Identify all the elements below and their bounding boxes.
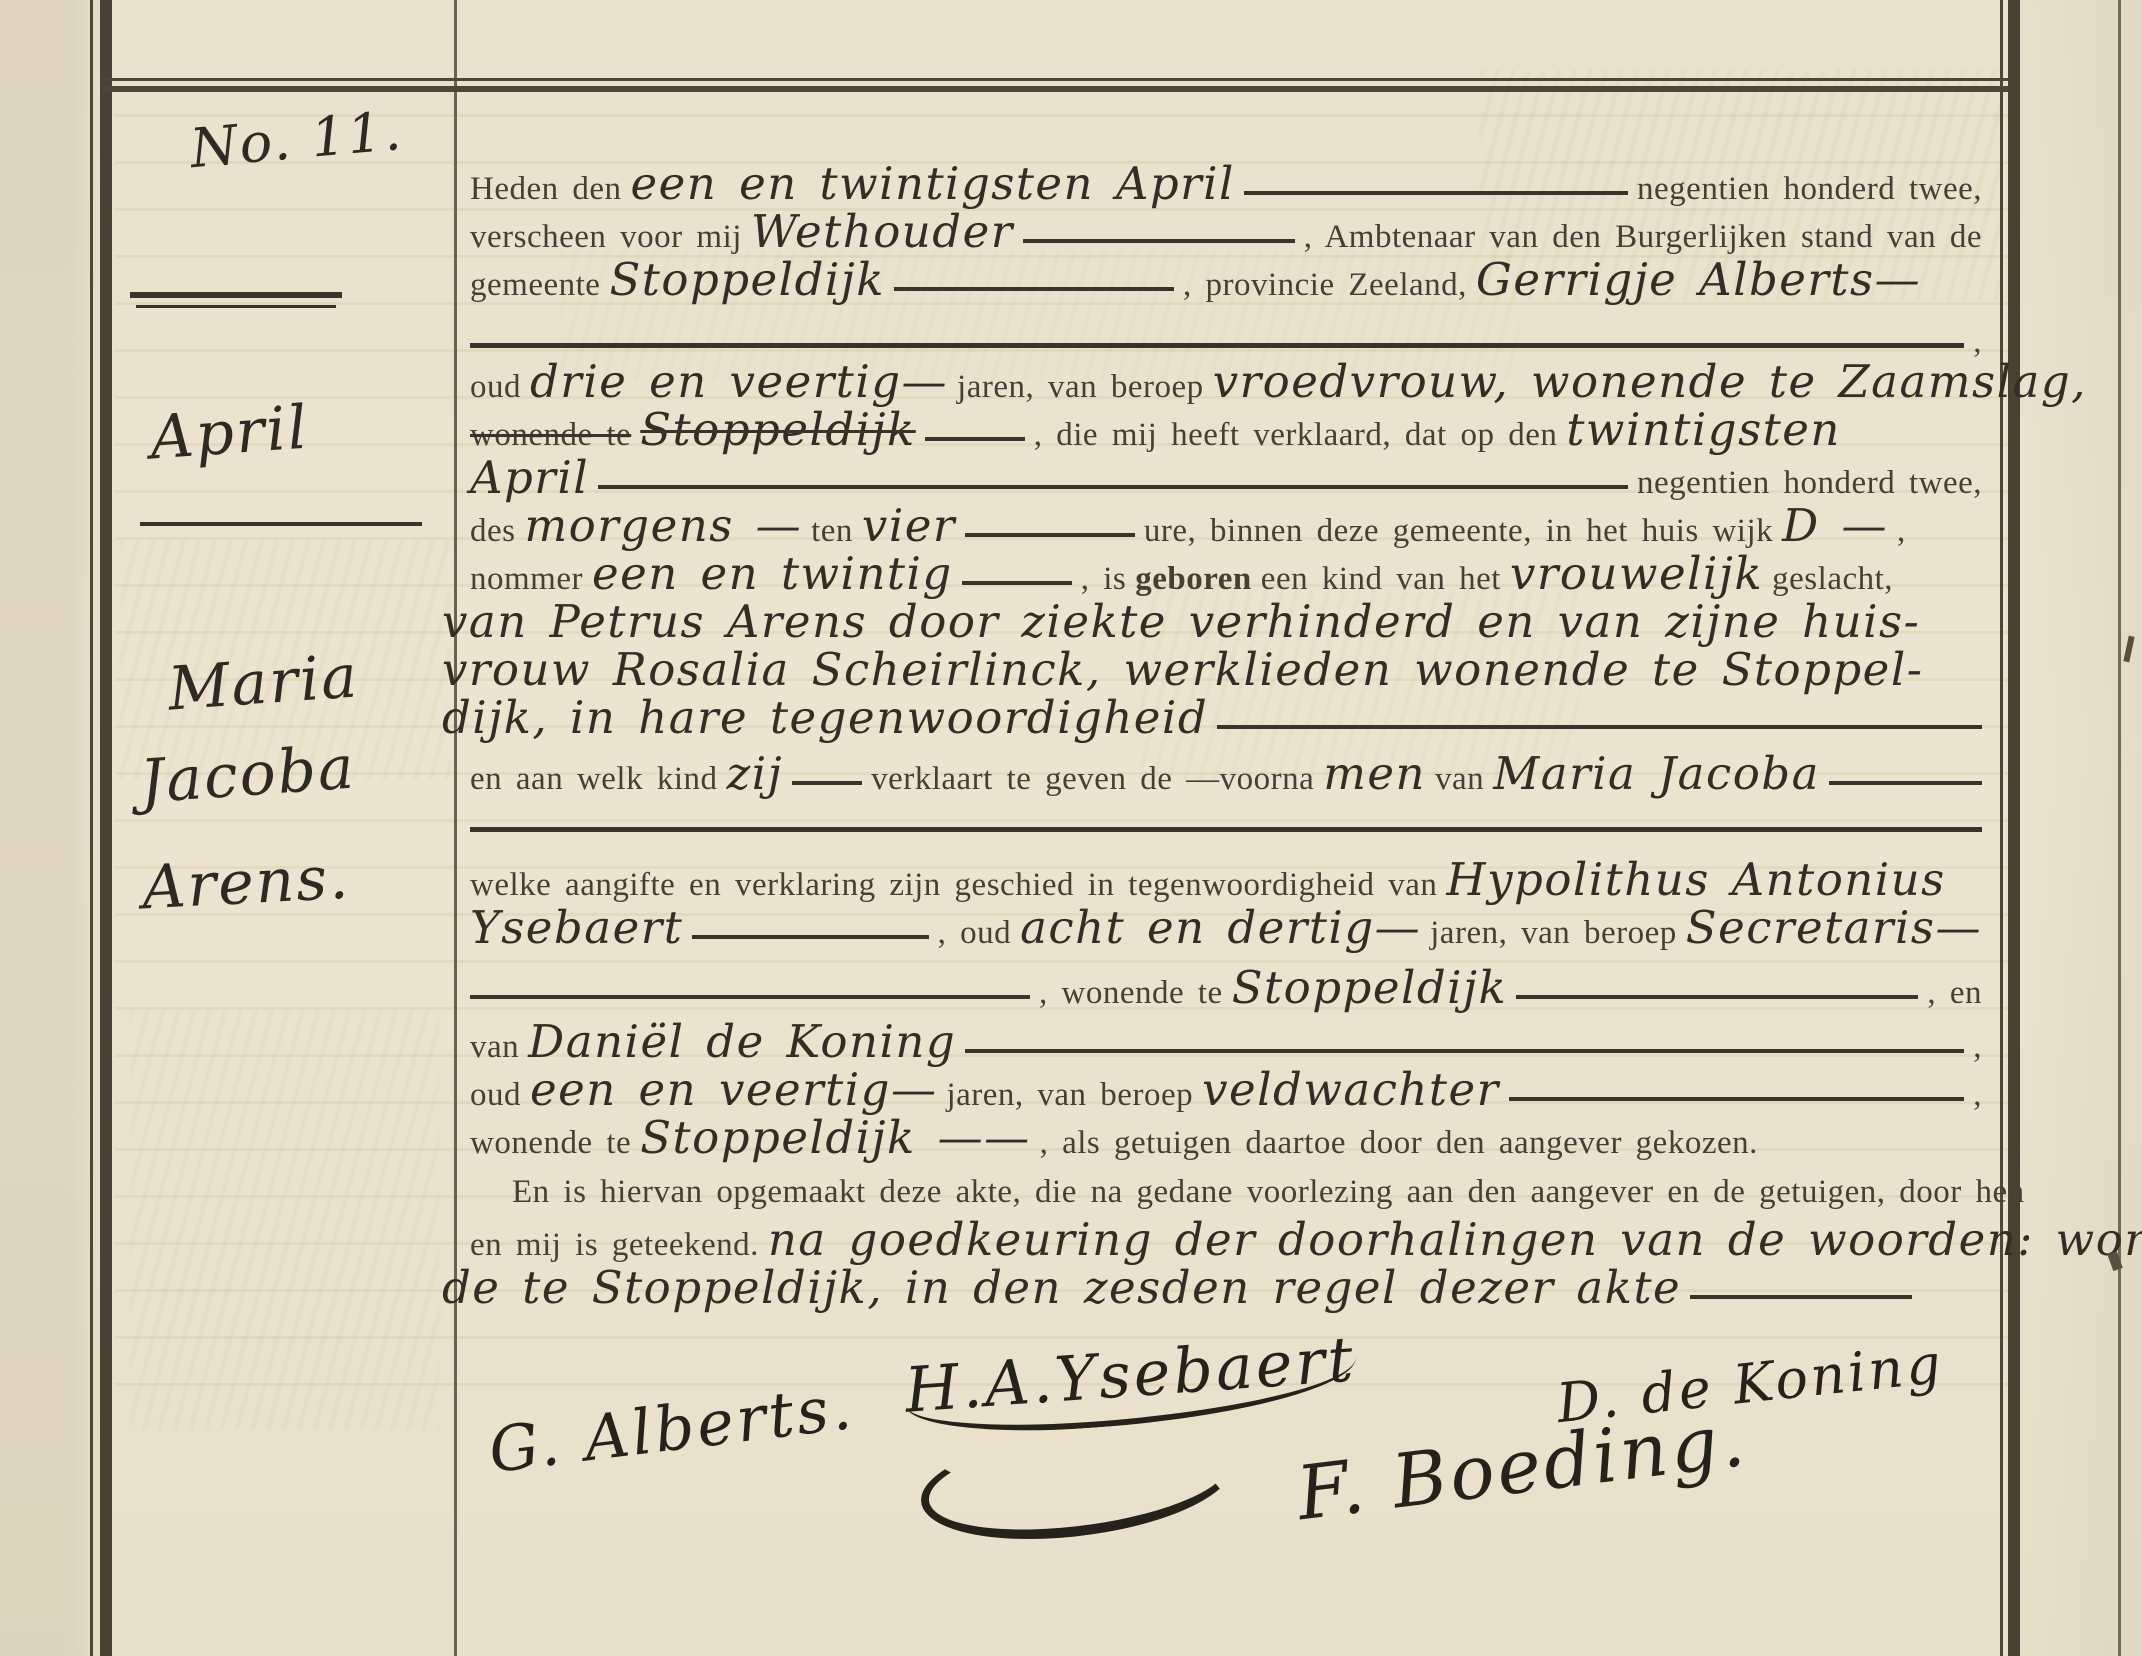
line-date: Heden deneen en twintigsten Aprilnegenti…: [470, 160, 1982, 208]
fill-rule: [1829, 781, 1982, 785]
page-border-right-thick: [2008, 0, 2020, 1656]
printed-text: ,: [1973, 1071, 1982, 1119]
handwritten-text: vrouwelijk: [1510, 550, 1763, 598]
line-witness2: vanDaniël de Koning,: [470, 1018, 1982, 1066]
table-top-rule-thin: [103, 78, 2008, 81]
line-birth-month: Aprilnegentien honderd twee,: [470, 454, 1982, 502]
printed-text: , wonende te: [1039, 969, 1223, 1017]
line-given-names: en aan welk kindzijverklaart te geven de…: [470, 750, 1982, 798]
printed-text: , provincie Zeeland,: [1183, 261, 1467, 309]
fill-rule: [965, 1049, 1964, 1053]
margin-rule: [140, 522, 422, 526]
line-house-number: nommereen en twintig, isgeboreneen kind …: [470, 550, 1982, 598]
printed-text: , die mij heeft verklaard, dat op den: [1034, 411, 1558, 459]
handwritten-text: veldwachter: [1202, 1066, 1500, 1114]
act-text-body: Heden deneen en twintigsten Aprilnegenti…: [470, 160, 1982, 1312]
printed-text: Heden den: [470, 165, 622, 213]
handwritten-text: zij: [727, 750, 784, 798]
printed-text: verklaart te geven de —voorna: [871, 755, 1314, 803]
handwritten-text: de te Stoppeldijk, in den zesden regel d…: [442, 1264, 1681, 1312]
line-gemeente: gemeenteStoppeldijk, provincie Zeeland,G…: [470, 256, 1982, 304]
ink-bleed-patch: [130, 1010, 440, 1430]
line-official: verscheen voor mijWethouder, Ambtenaar v…: [470, 208, 1982, 256]
printed-text: gemeente: [470, 261, 600, 309]
printed-text: jaren, van beroep: [957, 363, 1204, 411]
handwritten-text: van Petrus Arens door ziekte verhinderd …: [442, 598, 1920, 646]
handwritten-text: Wethouder: [751, 208, 1014, 256]
page-border-right-thin: [2000, 0, 2003, 1656]
handwritten-text: men: [1323, 750, 1426, 798]
handwritten-text: Stoppeldijk: [1232, 964, 1508, 1012]
adjacent-page-edge: [2118, 0, 2121, 1656]
child-name-line: Arens.: [140, 843, 351, 924]
line-age-profession: ouddrie en veertig—jaren, van beroepvroe…: [470, 358, 1982, 406]
printed-text: ,: [1897, 507, 1906, 555]
fill-rule: [1516, 995, 1918, 999]
handwritten-text: acht en dertig—: [1020, 904, 1421, 952]
line-rule: ,: [470, 318, 1982, 358]
printed-text: oud: [470, 363, 521, 411]
handwritten-text: Secretaris—: [1686, 904, 1982, 952]
fill-rule: [925, 437, 1025, 441]
child-name-line: Maria: [166, 641, 361, 724]
fill-rule: [1690, 1295, 1912, 1299]
act-number: No. 11.: [188, 99, 406, 180]
printed-text: , oud: [938, 909, 1012, 957]
printed-text: , als getuigen daartoe door den aangever…: [1040, 1119, 1758, 1167]
handwritten-text: vroedvrouw, wonende te Zaamslag,: [1213, 358, 2087, 406]
birth-certificate-page: No. 11. April Maria Jacoba Arens. Heden …: [0, 0, 2142, 1656]
handwritten-text: Ysebaert: [470, 904, 683, 952]
ink-speck: [2123, 636, 2134, 663]
printed-text: negentien honderd twee,: [1637, 165, 1982, 213]
fill-rule: [962, 581, 1072, 585]
printed-text: en aan welk kind: [470, 755, 718, 803]
margin-column-divider: [454, 0, 457, 1656]
printed-text: wonende te: [470, 1119, 631, 1167]
handwritten-text: Maria Jacoba: [1493, 750, 1820, 798]
handwritten-text: Hypolithus Antonius: [1446, 856, 1945, 904]
line-witness1-residence: , wonende teStoppeldijk, en: [470, 964, 1982, 1012]
handwritten-text: Stoppeldijk ——: [640, 1114, 1030, 1162]
printed-text: van: [1435, 755, 1484, 803]
signature-declarant: G. Alberts.: [485, 1370, 858, 1487]
line-strong-rule: [470, 808, 1982, 840]
handwritten-text: April: [470, 454, 589, 502]
fill-rule: [1217, 725, 1982, 729]
fill-rule: [792, 781, 862, 785]
handwritten-text: morgens —: [525, 502, 803, 550]
line-mother: vrouw Rosalia Scheirlinck, werklieden wo…: [442, 646, 1982, 694]
handwritten-text: Stoppeldijk: [609, 256, 885, 304]
printed-text: oud: [470, 1071, 521, 1119]
fill-rule: [598, 485, 1628, 489]
handwritten-text: drie en veertig—: [530, 358, 948, 406]
margin-rule: [130, 292, 342, 298]
line-witness1: Ysebaert, oudacht en dertig—jaren, van b…: [470, 904, 1982, 952]
fill-rule: [470, 827, 1982, 832]
line-witness-intro: welke aangifte en verklaring zijn geschi…: [470, 856, 1982, 904]
line-presence: dijk, in hare tegenwoordigheid: [442, 694, 1982, 742]
fill-rule: [470, 995, 1030, 999]
printed-text: , en: [1927, 969, 1982, 1017]
child-name-line: Jacoba: [138, 733, 358, 818]
printed-text: jaren, van beroep: [1430, 909, 1677, 957]
handwritten-text: een en twintig: [592, 550, 953, 598]
page-border-left-thin: [90, 0, 93, 1656]
fill-rule: [894, 287, 1174, 291]
handwritten-text: Gerrigje Alberts—: [1476, 256, 1921, 304]
fill-rule: [470, 343, 1964, 348]
handwritten-text: een en twintigsten April: [631, 160, 1235, 208]
signature-registrar: F. Boeding.: [1292, 1397, 1751, 1537]
fill-rule: [692, 935, 928, 939]
handwritten-text: vier: [862, 502, 956, 550]
table-top-rule-thick: [103, 86, 2008, 92]
printed-text: des: [470, 507, 516, 555]
line-closing1: En is hiervan opgemaakt deze akte, die n…: [470, 1168, 1982, 1216]
handwritten-text: een en veertig—: [530, 1066, 937, 1114]
line-closing2: en mij is geteekend.na goedkeuring der d…: [470, 1216, 1982, 1264]
handwritten-text-struck: Stoppeldijk: [640, 406, 916, 454]
printed-text: van: [470, 1023, 519, 1071]
line-closing3: de te Stoppeldijk, in den zesden regel d…: [442, 1264, 1982, 1312]
handwritten-text: dijk, in hare tegenwoordigheid: [442, 694, 1208, 742]
line-struck-residence: wonende teStoppeldijk, die mij heeft ver…: [470, 406, 1982, 454]
fill-rule: [965, 533, 1135, 537]
signature-flourish: [914, 1409, 1240, 1558]
line-witness2-residence: wonende teStoppeldijk ——, als getuigen d…: [470, 1114, 1982, 1162]
printed-text: En is hiervan opgemaakt deze akte, die n…: [512, 1168, 2025, 1216]
margin-rule: [136, 305, 336, 308]
handwritten-text: na goedkeuring der doorhalingen van de w…: [768, 1216, 2142, 1264]
line-witness2-age: oudeen en veertig—jaren, van beroepveldw…: [470, 1066, 1982, 1114]
handwritten-text: Daniël de Koning: [528, 1018, 956, 1066]
handwritten-text: vrouw Rosalia Scheirlinck, werklieden wo…: [442, 646, 1923, 694]
margin-month: April: [148, 393, 311, 474]
handwritten-text: D —: [1782, 502, 1888, 550]
handwritten-text: twintigsten: [1566, 406, 1841, 454]
line-father: van Petrus Arens door ziekte verhinderd …: [442, 598, 1982, 646]
page-border-left-thick: [100, 0, 112, 1656]
line-birth-time: desmorgens —tenvierure, binnen deze geme…: [470, 502, 1982, 550]
fill-rule: [1023, 239, 1295, 243]
fill-rule: [1509, 1097, 1965, 1101]
fill-rule: [1244, 191, 1628, 195]
printed-text: ,: [1973, 1023, 1982, 1071]
